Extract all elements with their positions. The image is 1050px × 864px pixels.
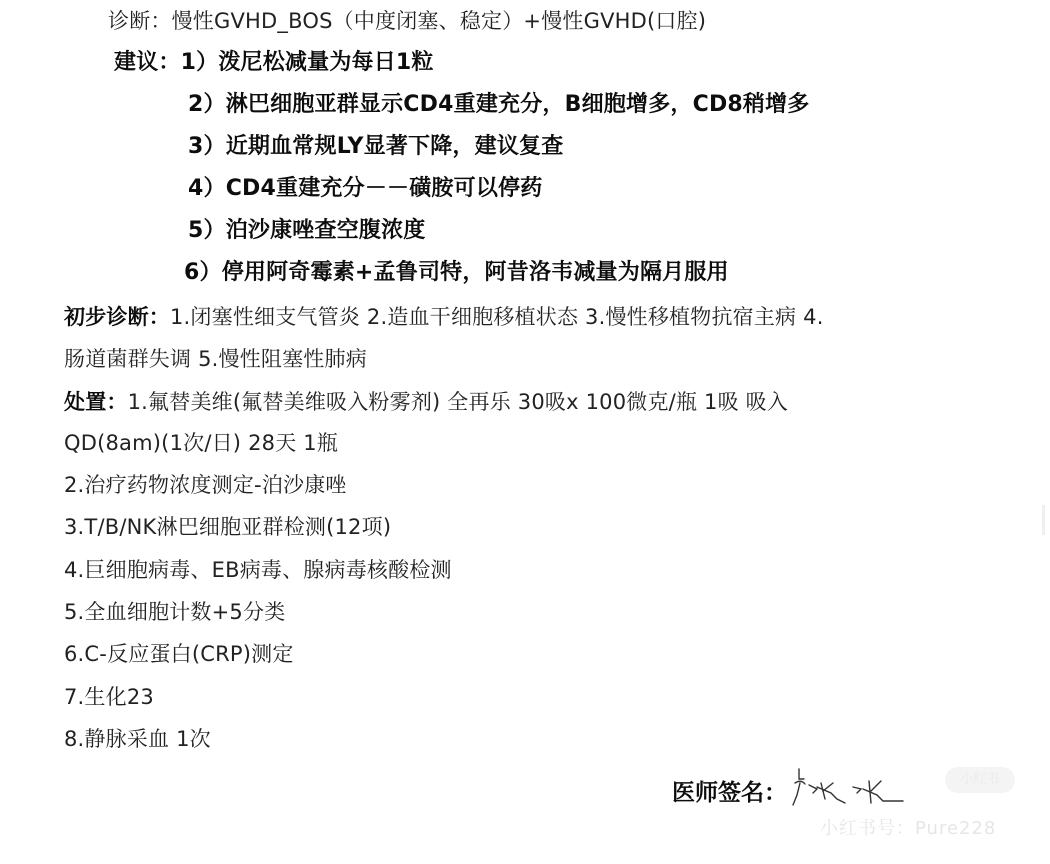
watermark-badge: 小红书 — [945, 767, 1015, 793]
edge-artifact — [1042, 505, 1045, 535]
treatment-item: 1.氟替美维(氟替美维吸入粉雾剂) 全再乐 30吸x 100微克/瓶 1吸 吸入 — [128, 390, 788, 414]
treatment-label: 处置： — [64, 390, 128, 414]
treatment-item-2: 2.治疗药物浓度测定-泊沙康唑 — [64, 470, 347, 500]
treatment-item-3: 3.T/B/NK淋巴细胞亚群检测(12项) — [64, 512, 391, 542]
treatment-item-5: 5.全血细胞计数+5分类 — [64, 597, 285, 627]
treatment-line-1: 处置：1.氟替美维(氟替美维吸入粉雾剂) 全再乐 30吸x 100微克/瓶 1吸… — [64, 387, 788, 417]
signature-label: 医师签名： — [672, 774, 787, 807]
treatment-item-8: 8.静脉采血 1次 — [64, 724, 211, 754]
doctor-signature: 医师签名： — [672, 770, 931, 810]
treatment-item-text: 8.静脉采血 1次 — [64, 727, 211, 751]
recommendation-line-4: 4）CD4重建充分－－磺胺可以停药 — [188, 174, 542, 204]
recommendation-line-6: 6）停用阿奇霉素+孟鲁司特，阿昔洛韦减量为隔月服用 — [184, 258, 729, 288]
recommendation-line-1: 建议：1）泼尼松减量为每日1粒 — [114, 48, 434, 78]
treatment-item-4: 4.巨细胞病毒、EB病毒、腺病毒核酸检测 — [64, 555, 452, 585]
recommendation-line-3: 3）近期血常规LY显著下降，建议复查 — [188, 132, 563, 162]
treatment-item-text: 4.巨细胞病毒、EB病毒、腺病毒核酸检测 — [64, 558, 452, 582]
treatment-item-7: 7.生化23 — [64, 682, 154, 712]
handwritten-signature-icon — [791, 765, 931, 815]
recommendation-item: 6）停用阿奇霉素+孟鲁司特，阿昔洛韦减量为隔月服用 — [184, 260, 729, 285]
treatment-line-2: QD(8am)(1次/日) 28天 1瓶 — [64, 428, 338, 458]
preliminary-diagnosis-line-1: 初步诊断：1.闭塞性细支气管炎 2.造血干细胞移植状态 3.慢性移植物抗宿主病 … — [64, 302, 824, 332]
treatment-item-text: 3.T/B/NK淋巴细胞亚群检测(12项) — [64, 515, 391, 539]
recommendation-item: 5）泊沙康唑查空腹浓度 — [188, 218, 426, 243]
treatment-item-6: 6.C-反应蛋白(CRP)测定 — [64, 639, 294, 669]
treatment-item-text: 2.治疗药物浓度测定-泊沙康唑 — [64, 473, 347, 497]
watermark-text: 小红书号：Pure228 — [820, 814, 996, 840]
recommendation-line-2: 2）淋巴细胞亚群显示CD4重建充分，B细胞增多，CD8稍增多 — [188, 90, 810, 120]
preliminary-diagnosis-text: 肠道菌群失调 5.慢性阻塞性肺病 — [64, 347, 367, 371]
treatment-item-text: 7.生化23 — [64, 685, 154, 709]
recommendation-item: 3）近期血常规LY显著下降，建议复查 — [188, 134, 563, 159]
preliminary-diagnosis-line-2: 肠道菌群失调 5.慢性阻塞性肺病 — [64, 344, 367, 374]
recommendation-line-5: 5）泊沙康唑查空腹浓度 — [188, 216, 426, 246]
diagnosis-text: 慢性GVHD_BOS（中度闭塞、稳定）+慢性GVHD(口腔) — [172, 9, 707, 33]
treatment-item: QD(8am)(1次/日) 28天 1瓶 — [64, 431, 338, 455]
recommendation-item: 4）CD4重建充分－－磺胺可以停药 — [188, 176, 542, 201]
treatment-item-text: 6.C-反应蛋白(CRP)测定 — [64, 642, 294, 666]
diagnosis-label: 诊断： — [108, 9, 172, 33]
preliminary-diagnosis-text: 1.闭塞性细支气管炎 2.造血干细胞移植状态 3.慢性移植物抗宿主病 4. — [170, 305, 824, 329]
recommendation-item: 2）淋巴细胞亚群显示CD4重建充分，B细胞增多，CD8稍增多 — [188, 92, 810, 117]
preliminary-diagnosis-label: 初步诊断： — [64, 305, 170, 329]
treatment-item-text: 5.全血细胞计数+5分类 — [64, 600, 285, 624]
diagnosis-line: 诊断：慢性GVHD_BOS（中度闭塞、稳定）+慢性GVHD(口腔) — [108, 6, 706, 36]
recommendation-item: 1）泼尼松减量为每日1粒 — [181, 50, 434, 75]
recommendations-label: 建议： — [114, 50, 181, 75]
